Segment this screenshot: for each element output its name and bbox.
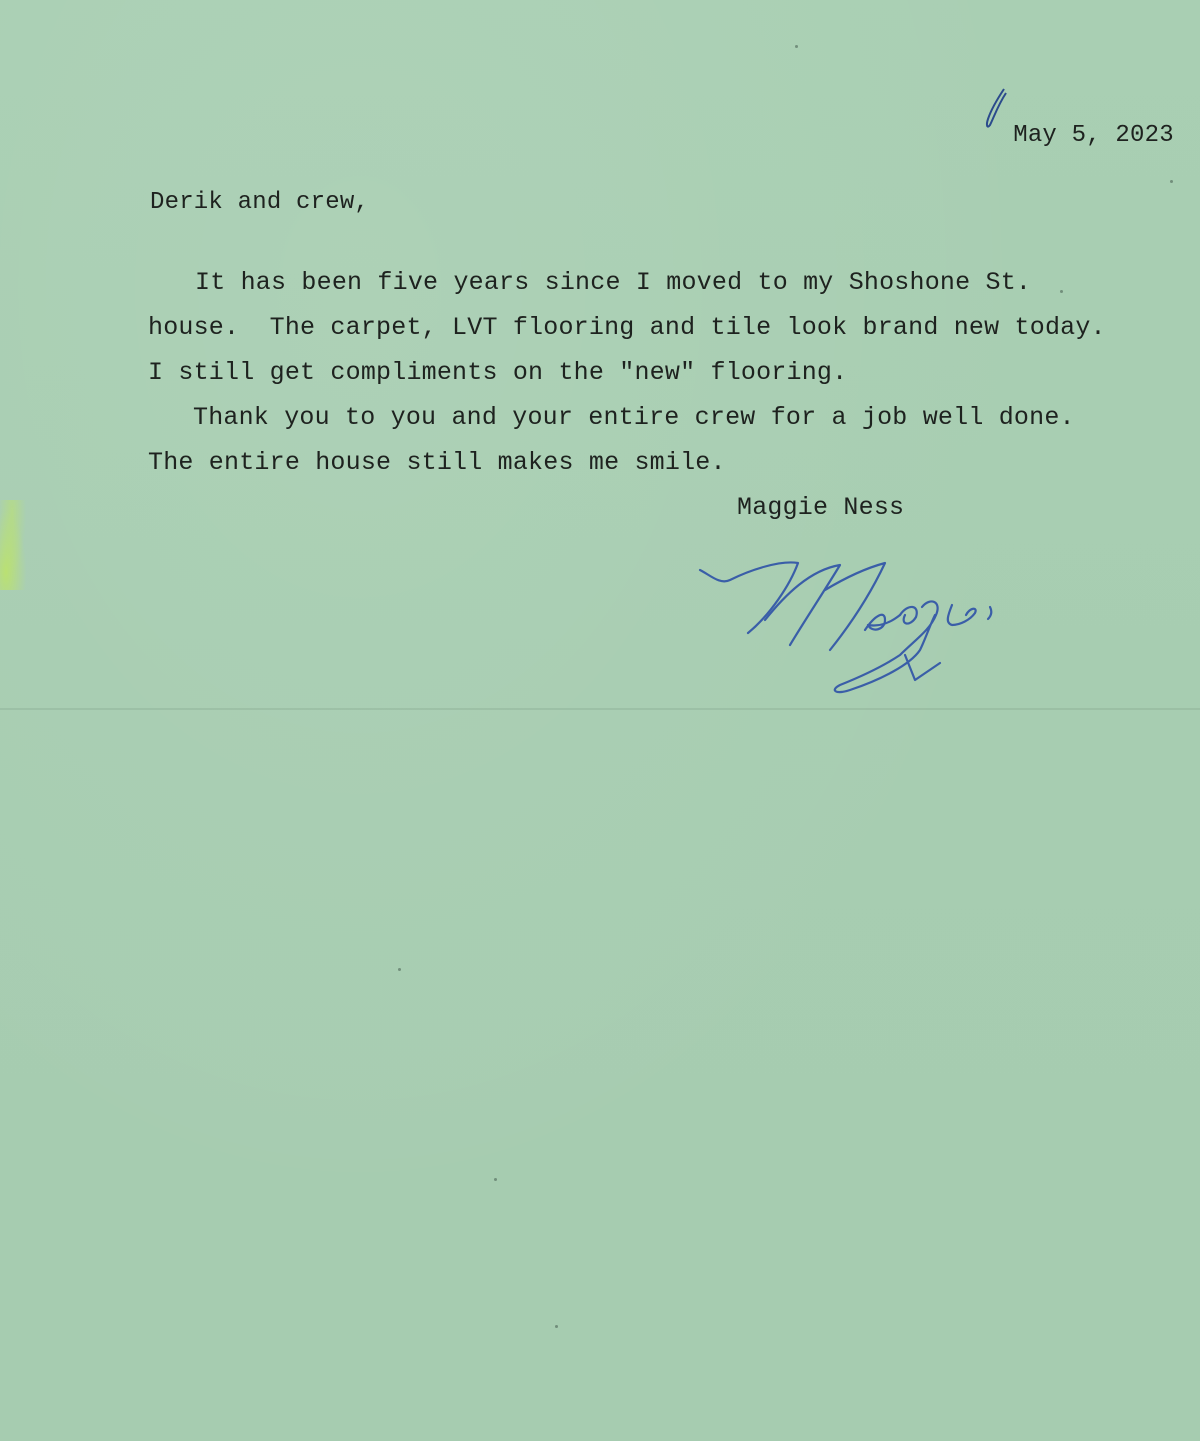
body-line-4: Thank you to you and your entire crew fo… (193, 403, 1075, 433)
paper-speck (555, 1325, 558, 1328)
highlighter-mark (0, 500, 30, 590)
letter-date: May 5, 2023 (984, 91, 1174, 181)
paper-speck (1170, 180, 1173, 183)
paper-fold-line (0, 708, 1200, 710)
body-line-5: The entire house still makes me smile. (148, 448, 726, 478)
paper-speck (1060, 290, 1063, 293)
typed-name: Maggie Ness (737, 493, 904, 523)
paper-speck (494, 1178, 497, 1181)
handwritten-signature (690, 545, 1070, 705)
correction-strike-icon (982, 85, 1012, 135)
body-line-2: house. The carpet, LVT flooring and tile… (148, 313, 1106, 343)
paper-speck (398, 968, 401, 971)
body-line-3: I still get compliments on the "new" flo… (148, 358, 847, 388)
body-line-1: It has been five years since I moved to … (195, 268, 1031, 298)
date-text: May 5, 2023 (1013, 122, 1174, 149)
salutation: Derik and crew, (150, 188, 369, 218)
paper-speck (795, 45, 798, 48)
